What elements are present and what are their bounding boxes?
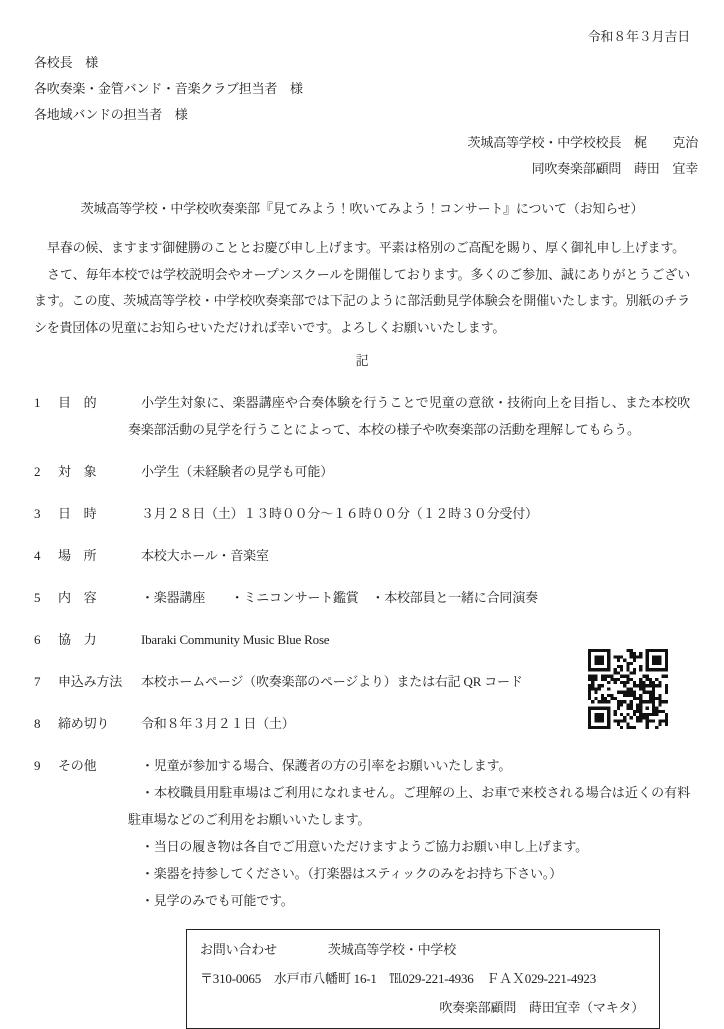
item-content: ３月２８日（土）１３時００分～１６時００分（１２時３０分受付） <box>128 500 690 527</box>
contact-address: 〒310-0065 水戸市八幡町 16-1 ℡029-221-4936 ＦＡＸ0… <box>200 964 646 993</box>
item-number: 5 <box>34 584 58 611</box>
item-text-line: ・本校職員用駐車場はご利用になれません。ご理解の上、お車で来校される場合は近くの… <box>128 779 690 833</box>
item-row: 5内 容 ・楽器講座 ・ミニコンサート鑑賞 ・本校部員と一緒に合同演奏 <box>34 584 690 611</box>
item-text-line: ・当日の履き物は各自でご用意いただけますようご協力お願い申し上げます。 <box>128 833 690 860</box>
item-content: 小学生（未経験者の見学も可能） <box>128 458 690 485</box>
body-paragraph: 早春の候、ますます御健勝のこととお慶び申し上げます。平素は格別のご高配を賜り、厚… <box>34 235 690 262</box>
recipient-line: 各校長 様 <box>34 50 690 76</box>
item-text-line: 小学生（未経験者の見学も可能） <box>128 458 690 485</box>
document-title: 茨城高等学校・中学校吹奏楽部『見てみよう！吹いてみよう！コンサート』について（お… <box>34 196 690 222</box>
item-content: 本校大ホール・音楽室 <box>128 542 690 569</box>
item-text-line: ３月２８日（土）１３時００分～１６時００分（１２時３０分受付） <box>128 500 690 527</box>
item-content: ・楽器講座 ・ミニコンサート鑑賞 ・本校部員と一緒に合同演奏 <box>128 584 690 611</box>
greeting-paragraphs: 早春の候、ますます御健勝のこととお慶び申し上げます。平素は格別のご高配を賜り、厚… <box>34 235 690 341</box>
item-text-line: ・見学のみでも可能です。 <box>128 887 690 914</box>
item-head: 5内 容 <box>34 584 128 611</box>
item-text-line: ・楽器を持参してください。（打楽器はスティックのみをお持ち下さい。） <box>128 860 690 887</box>
item-label: 日 時 <box>58 506 96 521</box>
item-head: 6協 力 <box>34 626 128 653</box>
item-head: 4場 所 <box>34 542 128 569</box>
item-number: 4 <box>34 542 58 569</box>
contact-inquiry: お問い合わせ 茨城高等学校・中学校 <box>200 935 646 964</box>
document-page: 令和８年３月吉日 各校長 様各吹奏楽・金管バンド・音楽クラブ担当者 様各地域バン… <box>0 0 724 1024</box>
item-head: 8締め切り <box>34 710 128 737</box>
item-label: 目 的 <box>58 395 96 410</box>
item-row: 3日 時 ３月２８日（土）１３時００分～１６時００分（１２時３０分受付） <box>34 500 690 527</box>
item-content: 小学生対象に、楽器講座や合奏体験を行うことで児童の意欲・技術向上を目指し、また本… <box>128 389 690 443</box>
item-label: その他 <box>58 758 96 773</box>
item-number: 7 <box>34 668 58 695</box>
item-content: ・児童が参加する場合、保護者の方の引率をお願いいたします。・本校職員用駐車場はご… <box>128 752 690 914</box>
item-row: 4場 所 本校大ホール・音楽室 <box>34 542 690 569</box>
contact-box: お問い合わせ 茨城高等学校・中学校 〒310-0065 水戸市八幡町 16-1 … <box>186 929 660 1029</box>
item-number: 3 <box>34 500 58 527</box>
item-number: 8 <box>34 710 58 737</box>
item-head: 9その他 <box>34 752 128 914</box>
issue-date: 令和８年３月吉日 <box>34 24 690 50</box>
item-head: 1目 的 <box>34 389 128 443</box>
item-label: 場 所 <box>58 548 96 563</box>
item-head: 2対 象 <box>34 458 128 485</box>
item-text-line: 小学生対象に、楽器講座や合奏体験を行うことで児童の意欲・技術向上を目指し、また本… <box>128 389 690 443</box>
recipient-list: 各校長 様各吹奏楽・金管バンド・音楽クラブ担当者 様各地域バンドの担当者 様 <box>34 50 690 128</box>
item-row: 1目 的 小学生対象に、楽器講座や合奏体験を行うことで児童の意欲・技術向上を目指… <box>34 389 690 443</box>
item-row: 9その他 ・児童が参加する場合、保護者の方の引率をお願いいたします。・本校職員用… <box>34 752 690 914</box>
item-label: 申込み方法 <box>58 674 122 689</box>
ki-heading: 記 <box>34 348 690 374</box>
item-row: 2対 象 小学生（未経験者の見学も可能） <box>34 458 690 485</box>
sender-list: 茨城高等学校・中学校校長 梶 克治同吹奏楽部顧問 蒔田 宜幸 <box>34 130 698 182</box>
item-label: 対 象 <box>58 464 96 479</box>
item-number: 1 <box>34 389 58 416</box>
item-number: 9 <box>34 752 58 779</box>
item-text-line: ・楽器講座 ・ミニコンサート鑑賞 ・本校部員と一緒に合同演奏 <box>128 584 690 611</box>
body-paragraph: さて、毎年本校では学校説明会やオープンスクールを開催しております。多くのご参加、… <box>34 262 690 342</box>
item-text-line: 本校大ホール・音楽室 <box>128 542 690 569</box>
item-label: 協 力 <box>58 632 96 647</box>
recipient-line: 各地域バンドの担当者 様 <box>34 102 690 128</box>
qr-code-icon <box>588 649 668 729</box>
item-label: 締め切り <box>58 716 109 731</box>
recipient-line: 各吹奏楽・金管バンド・音楽クラブ担当者 様 <box>34 76 690 102</box>
sender-line: 同吹奏楽部顧問 蒔田 宜幸 <box>34 156 698 182</box>
item-label: 内 容 <box>58 590 96 605</box>
contact-person: 吹奏楽部顧問 蒔田宜幸（マキタ） <box>200 993 646 1022</box>
item-text-line: ・児童が参加する場合、保護者の方の引率をお願いいたします。 <box>128 752 690 779</box>
item-head: 3日 時 <box>34 500 128 527</box>
item-number: 6 <box>34 626 58 653</box>
item-head: 7申込み方法 <box>34 668 128 695</box>
sender-line: 茨城高等学校・中学校校長 梶 克治 <box>34 130 698 156</box>
item-number: 2 <box>34 458 58 485</box>
